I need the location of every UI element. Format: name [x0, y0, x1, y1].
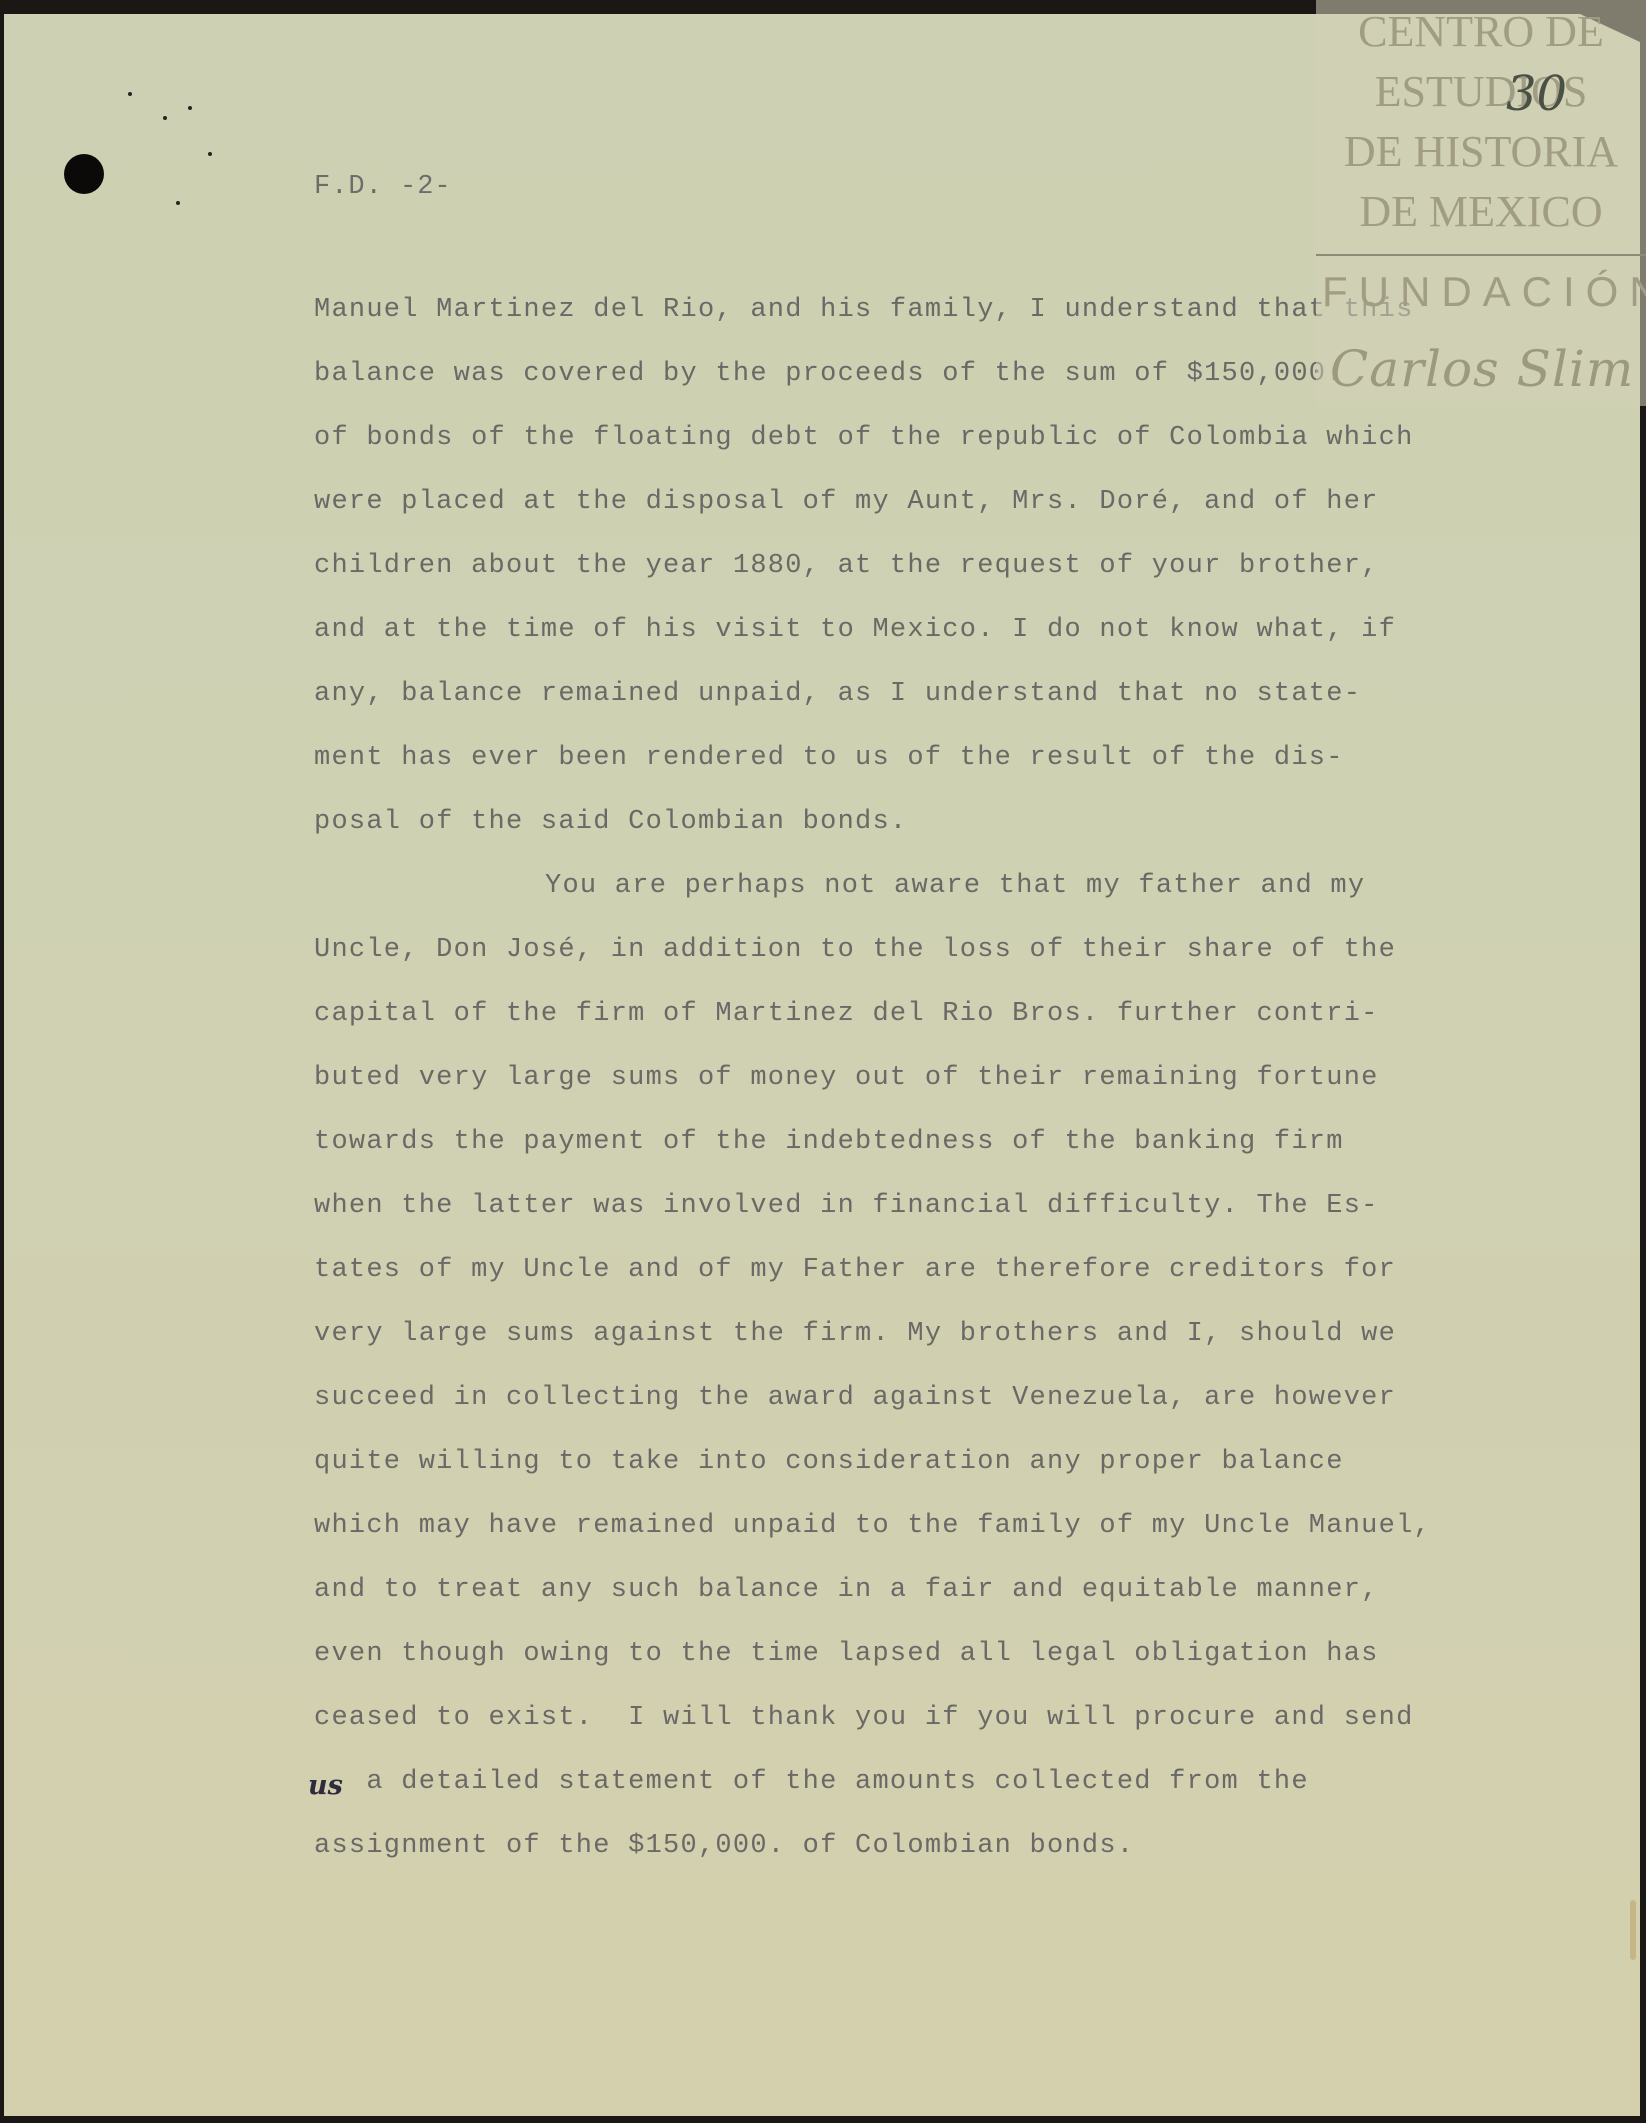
- typed-line: ment has ever been rendered to us of the…: [314, 738, 1344, 778]
- edge-stain: [1630, 1900, 1636, 1960]
- typed-line: posal of the said Colombian bonds.: [314, 802, 907, 842]
- speck: [176, 201, 180, 205]
- watermark-signature: Carlos Slim: [1330, 340, 1640, 398]
- speck: [128, 92, 132, 96]
- speck: [208, 152, 212, 156]
- typed-line: Uncle, Don José, in addition to the loss…: [314, 930, 1396, 970]
- typed-line: capital of the firm of Martinez del Rio …: [314, 994, 1379, 1034]
- watermark-divider: [1316, 254, 1646, 256]
- typed-line: Manuel Martinez del Rio, and his family,…: [314, 290, 1414, 330]
- watermark-line: CENTRO DE: [1316, 2, 1646, 62]
- watermark-line: ESTUDIOS: [1316, 62, 1646, 122]
- typed-line: You are perhaps not aware that my father…: [545, 866, 1365, 906]
- speck: [188, 106, 192, 110]
- typed-line: towards the payment of the indebtedness …: [314, 1122, 1344, 1162]
- typed-line: buted very large sums of money out of th…: [314, 1058, 1379, 1098]
- watermark-line: DE MEXICO: [1316, 182, 1646, 242]
- typed-line: children about the year 1880, at the req…: [314, 546, 1379, 586]
- typed-line: and at the time of his visit to Mexico. …: [314, 610, 1396, 650]
- typed-line: succeed in collecting the award against …: [314, 1378, 1396, 1418]
- speck: [163, 116, 167, 120]
- typed-line: of bonds of the floating debt of the rep…: [314, 418, 1414, 458]
- punch-hole: [64, 154, 104, 194]
- watermark-line: DE HISTORIA: [1316, 122, 1646, 182]
- typed-line: balance was covered by the proceeds of t…: [314, 354, 1344, 394]
- page-header: F.D. -2-: [314, 172, 452, 202]
- typed-line: were placed at the disposal of my Aunt, …: [314, 482, 1379, 522]
- typed-line: and to treat any such balance in a fair …: [314, 1570, 1379, 1610]
- typed-line: ceased to exist. I will thank you if you…: [314, 1698, 1414, 1738]
- typed-line: quite willing to take into consideration…: [314, 1442, 1344, 1482]
- typed-line: which may have remained unpaid to the fa…: [314, 1506, 1431, 1546]
- typed-line: tates of my Uncle and of my Father are t…: [314, 1250, 1396, 1290]
- typed-line: when the latter was involved in financia…: [314, 1186, 1379, 1226]
- typed-line: a detailed statement of the amounts coll…: [314, 1762, 1309, 1802]
- typed-line: very large sums against the firm. My bro…: [314, 1314, 1396, 1354]
- watermark-foundation: FUNDACIÓN: [1322, 268, 1646, 316]
- typed-line: assignment of the $150,000. of Colombian…: [314, 1826, 1134, 1866]
- typed-line: any, balance remained unpaid, as I under…: [314, 674, 1361, 714]
- typed-line: even though owing to the time lapsed all…: [314, 1634, 1379, 1674]
- handwritten-insert: us: [308, 1770, 343, 1801]
- pencil-annotation: 30: [1506, 66, 1567, 122]
